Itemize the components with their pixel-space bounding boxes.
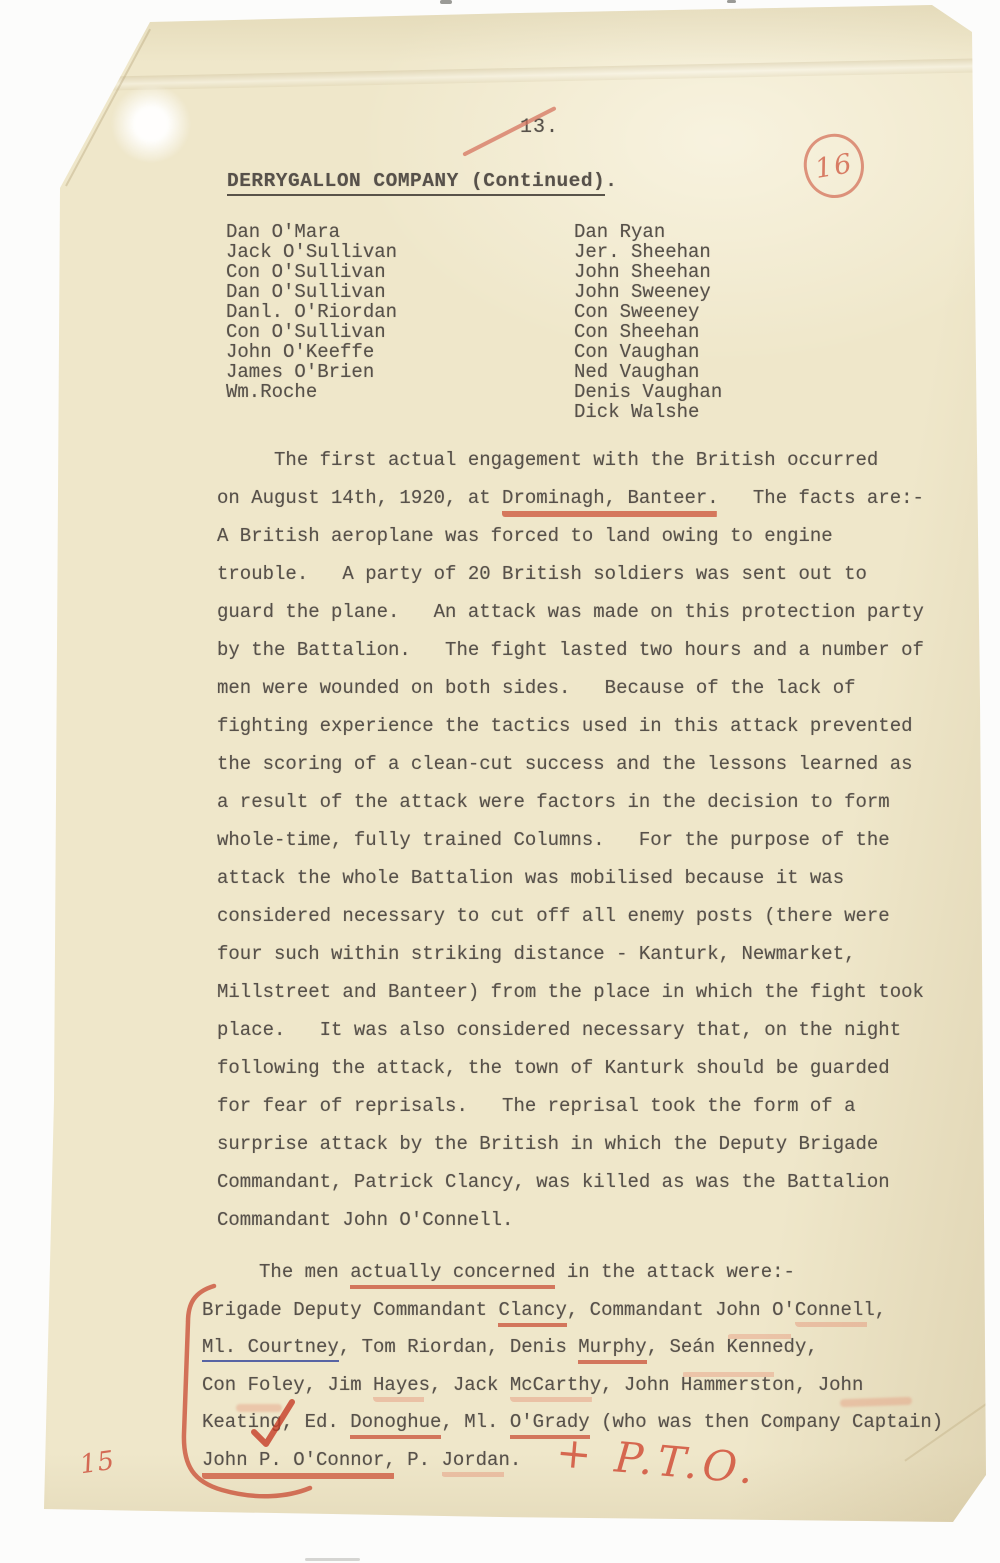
text-line: Con Vaughan — [574, 342, 722, 362]
text-line: on August 14th, 1920, at Drominagh, Bant… — [217, 479, 924, 517]
annotated-text-segment: Donoghue — [350, 1411, 441, 1439]
text-line: guard the plane. An attack was made on t… — [217, 593, 924, 631]
text-line: Dick Walshe — [574, 402, 722, 422]
text-segment: , John — [795, 1374, 863, 1396]
text-line: Dan Ryan — [574, 222, 722, 242]
text-line: Con O'Sullivan — [226, 322, 397, 342]
text-line: Con Sweeney — [574, 302, 722, 322]
text-line: for fear of reprisals. The reprisal took… — [217, 1087, 924, 1125]
text-line: considered necessary to cut off all enem… — [217, 897, 924, 935]
scan-speck — [727, 0, 736, 3]
annotated-text-segment: Drominagh, Banteer. — [502, 487, 719, 517]
text-line: Denis Vaughan — [574, 382, 722, 402]
paragraph-engagement: The first actual engagement with the Bri… — [217, 441, 924, 1239]
text-line: place. It was also considered necessary … — [217, 1011, 924, 1049]
text-line: Con Sheehan — [574, 322, 722, 342]
text-line: following the attack, the town of Kantur… — [217, 1049, 924, 1087]
text-line: Dan O'Mara — [226, 222, 397, 242]
text-line: four such within striking distance - Kan… — [217, 935, 924, 973]
annotated-text-segment: DERRYGALLON COMPANY (Continued) — [227, 170, 605, 196]
text-segment: , — [806, 1336, 817, 1358]
text-segment: , John — [601, 1374, 681, 1396]
circled-number-value: 16 — [812, 147, 855, 184]
text-segment: (who was then Company Captain) — [590, 1411, 943, 1433]
text-line: John Sweeney — [574, 282, 722, 302]
text-line: DERRYGALLON COMPANY (Continued). — [227, 168, 617, 194]
text-line: Ned Vaughan — [574, 362, 722, 382]
text-segment: , Commandant John O' — [567, 1299, 795, 1321]
annotated-text-segment: Connell — [795, 1299, 875, 1327]
red-margin-number: 15 — [78, 1446, 117, 1481]
text-line: Commandant, Patrick Clancy, was killed a… — [217, 1163, 924, 1201]
annotated-text-segment: Clancy — [498, 1299, 566, 1327]
text-line: The first actual engagement with the Bri… — [217, 441, 924, 479]
scan-speck — [305, 1558, 360, 1561]
roster-right-column: Dan RyanJer. SheehanJohn SheehanJohn Swe… — [574, 222, 722, 422]
text-line: A British aeroplane was forced to land o… — [217, 517, 924, 555]
text-segment: , Jack — [430, 1374, 510, 1396]
roster-left-column: Dan O'MaraJack O'SullivanCon O'SullivanD… — [226, 222, 397, 402]
annotated-text-segment: Kennedy — [727, 1334, 807, 1358]
annotated-text-segment: McCarthy — [510, 1374, 601, 1402]
text-line: Millstreet and Banteer) from the place i… — [217, 973, 924, 1011]
text-segment: on August 14th, 1920, at — [217, 487, 502, 509]
text-segment: The facts are:- — [719, 487, 924, 509]
text-line: by the Battalion. The fight lasted two h… — [217, 631, 924, 669]
text-line: attack the whole Battalion was mobilised… — [217, 859, 924, 897]
text-segment: , Ml. — [441, 1411, 509, 1433]
paper-sheet: 13. DERRYGALLON COMPANY (Continued). Dan… — [0, 0, 1000, 1563]
text-line: men were wounded on both sides. Because … — [217, 669, 924, 707]
text-line: Wm.Roche — [226, 382, 397, 402]
red-smudge — [236, 1404, 282, 1412]
text-segment: . — [605, 170, 617, 192]
text-segment: , — [875, 1299, 886, 1321]
text-line: surprise attack by the British in which … — [217, 1125, 924, 1163]
text-line: Jack O'Sullivan — [226, 242, 397, 262]
text-segment: . — [510, 1449, 521, 1471]
text-line: Con O'Sullivan — [226, 262, 397, 282]
scan-speck — [440, 0, 452, 4]
text-line: Danl. O'Riordan — [226, 302, 397, 322]
text-line: Commandant John O'Connell. — [217, 1201, 924, 1239]
red-circled-number: 16 — [797, 128, 871, 205]
text-line: John O'Keeffe — [226, 342, 397, 362]
text-segment: in the attack were:- — [555, 1261, 794, 1283]
section-heading: DERRYGALLON COMPANY (Continued). — [227, 168, 617, 194]
annotated-text-segment: actually concerned — [350, 1261, 555, 1289]
scanned-document-page: 13. DERRYGALLON COMPANY (Continued). Dan… — [0, 0, 1000, 1563]
text-line: Dan O'Sullivan — [226, 282, 397, 302]
text-segment: P. — [396, 1449, 442, 1471]
text-line: a result of the attack were factors in t… — [217, 783, 924, 821]
text-segment: , Seán — [647, 1336, 727, 1358]
text-line: whole-time, fully trained Columns. For t… — [217, 821, 924, 859]
paper-crease — [60, 58, 975, 91]
annotated-text-segment: Hammerston — [681, 1372, 795, 1396]
annotated-text-segment: Hayes — [373, 1374, 430, 1402]
paper-damage-spot — [110, 86, 192, 162]
annotated-text-segment: Murphy — [578, 1336, 646, 1364]
text-line: John Sheehan — [574, 262, 722, 282]
annotated-text-segment: Jordan — [441, 1449, 509, 1477]
text-segment: , Tom Riordan, Denis — [339, 1336, 578, 1358]
red-check-mark — [244, 1394, 304, 1454]
text-line: trouble. A party of 20 British soldiers … — [217, 555, 924, 593]
text-line: fighting experience the tactics used in … — [217, 707, 924, 745]
text-line: Jer. Sheehan — [574, 242, 722, 262]
text-line: James O'Brien — [226, 362, 397, 382]
text-line: the scoring of a clean-cut success and t… — [217, 745, 924, 783]
